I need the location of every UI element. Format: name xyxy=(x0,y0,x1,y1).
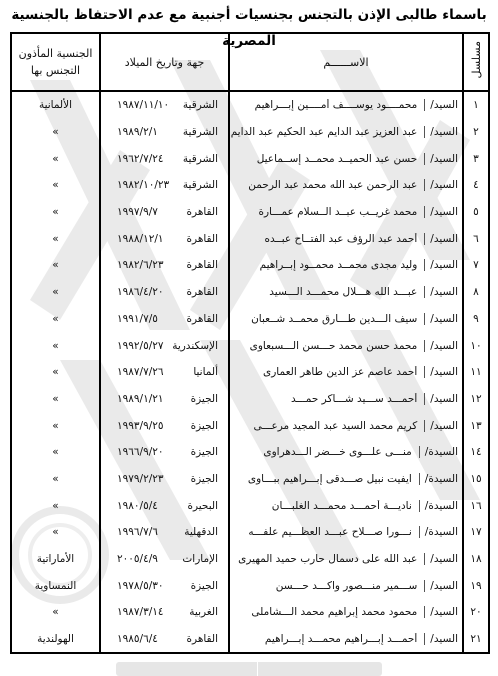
table-row: ٨السيد/عبـــد الله هـــلال محمـــد الـــ… xyxy=(11,279,489,306)
table-row: ١٩السيد/ســـمير منـــصور واكـــد حـــسنا… xyxy=(11,572,489,599)
name-cell: السيدة/نـــورا صـــلاح عبـــد العظـــيم … xyxy=(229,519,463,546)
table-row: ١١السيد/أحمد عاصم عز الدين طاهر العمارىأ… xyxy=(11,359,489,386)
birth-place: القاهرة xyxy=(187,259,218,271)
table-header-row: مسلسل الاســــــم جهة وتاريخ الميلاد الج… xyxy=(11,33,489,91)
birth-cell: الجيزة١٩٩٣/٩/٢٥ xyxy=(100,412,229,439)
honorific: السيد/ xyxy=(424,553,462,565)
honorific: السيد/ xyxy=(424,286,462,298)
nationality-cell: الهولندية xyxy=(11,626,100,654)
birth-place: القاهرة xyxy=(187,206,218,218)
birth-place: القاهرة xyxy=(187,313,218,325)
name-cell: السيد/أحمد عبد الرؤف عبد الفتــاح عبــده xyxy=(229,225,463,252)
full-name: أحمد عبد الرؤف عبد الفتــاح عبــده xyxy=(230,233,424,245)
birth-cell: الغربية١٩٨٧/٣/١٤ xyxy=(100,599,229,626)
birth-place: القاهرة xyxy=(187,233,218,245)
birth-date: ١٩٩٢/٥/٢٧ xyxy=(117,340,164,352)
nationality-cell: » xyxy=(11,332,100,359)
table-row: ١٤السيدة/منـــى علـــوى خـــضر الـــدهرا… xyxy=(11,439,489,466)
honorific: السيدة/ xyxy=(419,446,462,458)
serial-cell: ١٢ xyxy=(463,386,489,413)
naturalization-table: مسلسل الاســــــم جهة وتاريخ الميلاد الج… xyxy=(10,32,490,654)
table-row: ٢السيد/عبد العزيز عبد الدايم عبد الحكيم … xyxy=(11,119,489,146)
table-row: ١٣السيد/كريم محمد السيد عبد المجيد مرعــ… xyxy=(11,412,489,439)
birth-date: ١٩٧٩/٢/٢٣ xyxy=(117,473,164,485)
birth-cell: القاهرة١٩٨٦/٤/٢٠ xyxy=(100,279,229,306)
serial-cell: ١٠ xyxy=(463,332,489,359)
nationality-cell: » xyxy=(11,599,100,626)
full-name: عبـــد الله هـــلال محمـــد الـــسيد xyxy=(230,286,424,298)
honorific: السيد/ xyxy=(424,393,462,405)
table-row: ٧السيد/وليد مجدى محمــد محمــود إبــراهي… xyxy=(11,252,489,279)
nationality-cell: » xyxy=(11,306,100,333)
name-cell: السيدة/منـــى علـــوى خـــضر الـــدهراوى xyxy=(229,439,463,466)
name-cell: السيد/سيف الـــدين طـــارق محمــد شــعبا… xyxy=(229,306,463,333)
birth-cell: الإسكندرية١٩٩٢/٥/٢٧ xyxy=(100,332,229,359)
serial-cell: ٤ xyxy=(463,172,489,199)
footer-bar xyxy=(116,662,382,676)
full-name: ناديـــة أحمـــد محمـــد الغلبـــان xyxy=(230,500,419,512)
table-row: ١٦السيدة/ناديـــة أحمـــد محمـــد الغلبـ… xyxy=(11,492,489,519)
nationality-cell: » xyxy=(11,359,100,386)
birth-place: الإسكندرية xyxy=(172,340,218,352)
nationality-cell: » xyxy=(11,145,100,172)
name-cell: السيد/ســـمير منـــصور واكـــد حـــسن xyxy=(229,572,463,599)
honorific: السيدة/ xyxy=(419,526,462,538)
birth-place: الشرقية xyxy=(183,126,218,138)
header-name: الاســــــم xyxy=(229,33,463,91)
table-body: ١السيد/محمــــود يوســــف أمــــين إبـــ… xyxy=(11,91,489,653)
nationality-cell: » xyxy=(11,225,100,252)
birth-place: الدقهلية xyxy=(184,526,218,538)
name-cell: السيد/أحمـــد إبـــراهيم محمـــد إبـــرا… xyxy=(229,626,463,654)
serial-cell: ١٥ xyxy=(463,466,489,493)
birth-cell: الشرقية١٩٨٢/١٠/٢٣ xyxy=(100,172,229,199)
birth-date: ١٩٨٦/٤/٢٠ xyxy=(117,286,164,298)
serial-cell: ٥ xyxy=(463,199,489,226)
table-row: ١٨السيد/عبد الله على دسمال حارب حميد الم… xyxy=(11,546,489,573)
honorific: السيد/ xyxy=(424,126,462,138)
birth-date: ١٩٨٧/١١/١٠ xyxy=(117,99,169,111)
full-name: أحمد عاصم عز الدين طاهر العمارى xyxy=(230,366,424,378)
nationality-cell: الأماراتية xyxy=(11,546,100,573)
honorific: السيد/ xyxy=(424,633,462,645)
nationality-cell: » xyxy=(11,172,100,199)
serial-cell: ٧ xyxy=(463,252,489,279)
table-row: ١٢السيد/أحمـــد ســـيد شـــاكر حمـــدالج… xyxy=(11,386,489,413)
birth-cell: الدقهلية١٩٩٦/٧/٦ xyxy=(100,519,229,546)
honorific: السيد/ xyxy=(424,580,462,592)
birth-cell: الشرقية١٩٦٢/٧/٢٤ xyxy=(100,145,229,172)
birth-date: ١٩٨٧/٣/١٤ xyxy=(117,606,164,618)
serial-cell: ١١ xyxy=(463,359,489,386)
birth-place: القاهرة xyxy=(187,286,218,298)
full-name: أحمـــد ســـيد شـــاكر حمـــد xyxy=(230,393,424,405)
honorific: السيدة/ xyxy=(419,500,462,512)
full-name: ايفيت نبيل صـــدقى إبـــراهيم ببـــاوى xyxy=(230,473,419,485)
full-name: ســـمير منـــصور واكـــد حـــسن xyxy=(230,580,424,592)
birth-place: الشرقية xyxy=(183,179,218,191)
birth-cell: الجيزة١٩٧٨/٥/٣٠ xyxy=(100,572,229,599)
birth-place: الجيزة xyxy=(191,580,218,592)
serial-cell: ٢ xyxy=(463,119,489,146)
document-title: باسماء طالبى الإذن بالتجنس بجنسيات أجنبي… xyxy=(0,2,498,28)
name-cell: السيد/محمود محمد إبراهيم محمد الـــشاملى xyxy=(229,599,463,626)
birth-place: الشرقية xyxy=(183,99,218,111)
birth-date: ١٩٩٧/٩/٧ xyxy=(117,206,158,218)
name-cell: السيد/وليد مجدى محمــد محمــود إبــراهيم xyxy=(229,252,463,279)
birth-place: الجيزة xyxy=(191,393,218,405)
birth-cell: القاهرة١٩٨٨/١٢/١ xyxy=(100,225,229,252)
name-cell: السيدة/ناديـــة أحمـــد محمـــد الغلبـــ… xyxy=(229,492,463,519)
serial-cell: ٢١ xyxy=(463,626,489,654)
full-name: عبد الله على دسمال حارب حميد المهيرى xyxy=(230,553,424,565)
name-cell: السيد/محمد حسن محمد حـــسن الـــسبعاوى xyxy=(229,332,463,359)
full-name: محمود محمد إبراهيم محمد الـــشاملى xyxy=(230,606,424,618)
honorific: السيد/ xyxy=(424,313,462,325)
nationality-cell: » xyxy=(11,439,100,466)
birth-place: الجيزة xyxy=(191,420,218,432)
name-cell: السيدة/ايفيت نبيل صـــدقى إبـــراهيم ببـ… xyxy=(229,466,463,493)
birth-cell: ألمانيا١٩٨٧/٧/٢٦ xyxy=(100,359,229,386)
serial-cell: ١٣ xyxy=(463,412,489,439)
birth-date: ١٩٩٦/٧/٦ xyxy=(117,526,158,538)
birth-date: ١٩٧٨/٥/٣٠ xyxy=(117,580,164,592)
birth-cell: القاهرة١٩٩١/٧/٥ xyxy=(100,306,229,333)
birth-date: ١٩٨٩/٢/١ xyxy=(117,126,158,138)
header-birth: جهة وتاريخ الميلاد xyxy=(100,33,229,91)
table-row: ٦السيد/أحمد عبد الرؤف عبد الفتــاح عبــد… xyxy=(11,225,489,252)
nationality-cell: » xyxy=(11,252,100,279)
full-name: محمد حسن محمد حـــسن الـــسبعاوى xyxy=(230,340,424,352)
honorific: السيد/ xyxy=(424,366,462,378)
serial-cell: ١ xyxy=(463,91,489,119)
table-row: ٢١السيد/أحمـــد إبـــراهيم محمـــد إبـــ… xyxy=(11,626,489,654)
full-name: كريم محمد السيد عبد المجيد مرعـــى xyxy=(230,420,424,432)
name-cell: السيد/عبد العزيز عبد الدايم عبد الحكيم ع… xyxy=(229,119,463,146)
honorific: السيد/ xyxy=(424,606,462,618)
nationality-cell: » xyxy=(11,412,100,439)
birth-place: البحيرة xyxy=(187,500,218,512)
serial-cell: ١٧ xyxy=(463,519,489,546)
name-cell: السيد/أحمد عاصم عز الدين طاهر العمارى xyxy=(229,359,463,386)
birth-date: ١٩٨٧/٧/٢٦ xyxy=(117,366,164,378)
full-name: عبد الرحمن عبد الله محمد عبد الرحمن xyxy=(230,179,424,191)
full-name: محمــــود يوســــف أمــــين إبـــراهيم xyxy=(230,99,424,111)
name-cell: السيد/كريم محمد السيد عبد المجيد مرعـــى xyxy=(229,412,463,439)
full-name: سيف الـــدين طـــارق محمــد شــعبان xyxy=(230,313,424,325)
nationality-cell: النمساوية xyxy=(11,572,100,599)
nationality-cell: » xyxy=(11,279,100,306)
birth-date: ٢٠٠٥/٤/٩ xyxy=(117,553,158,565)
birth-cell: الشرقية١٩٨٧/١١/١٠ xyxy=(100,91,229,119)
table-row: ٣السيد/حسن عبد الحميــد محمــد إســماعيل… xyxy=(11,145,489,172)
honorific: السيد/ xyxy=(424,259,462,271)
birth-cell: القاهرة١٩٨٥/٦/٤ xyxy=(100,626,229,654)
birth-cell: القاهرة١٩٨٢/٦/٢٣ xyxy=(100,252,229,279)
birth-date: ١٩٨٩/١/٢١ xyxy=(117,393,164,405)
table-row: ١٥السيدة/ايفيت نبيل صـــدقى إبـــراهيم ب… xyxy=(11,466,489,493)
birth-cell: الإمارات٢٠٠٥/٤/٩ xyxy=(100,546,229,573)
table-row: ٥السيد/محمد غريــب عبــد الــسلام عمـــا… xyxy=(11,199,489,226)
table-row: ١٠السيد/محمد حسن محمد حـــسن الـــسبعاوى… xyxy=(11,332,489,359)
nationality-cell: » xyxy=(11,199,100,226)
birth-cell: الجيزة١٩٨٩/١/٢١ xyxy=(100,386,229,413)
name-cell: السيد/محمــــود يوســــف أمــــين إبـــر… xyxy=(229,91,463,119)
birth-date: ١٩٨٨/١٢/١ xyxy=(117,233,164,245)
birth-cell: الجيزة١٩٦٦/٩/٢٠ xyxy=(100,439,229,466)
birth-date: ١٩٨٠/٥/٤ xyxy=(117,500,158,512)
nationality-cell: » xyxy=(11,466,100,493)
birth-cell: الشرقية١٩٨٩/٢/١ xyxy=(100,119,229,146)
nationality-cell: » xyxy=(11,492,100,519)
footer-divider xyxy=(257,662,258,676)
birth-date: ١٩٩٣/٩/٢٥ xyxy=(117,420,164,432)
birth-place: الجيزة xyxy=(191,446,218,458)
table-row: ٩السيد/سيف الـــدين طـــارق محمــد شــعب… xyxy=(11,306,489,333)
nationality-cell: الألمانية xyxy=(11,91,100,119)
table-row: ١السيد/محمــــود يوســــف أمــــين إبـــ… xyxy=(11,91,489,119)
nationality-cell: » xyxy=(11,119,100,146)
birth-date: ١٩٨٢/٦/٢٣ xyxy=(117,259,164,271)
birth-place: الشرقية xyxy=(183,153,218,165)
birth-place: الإمارات xyxy=(182,553,218,565)
table-row: ٢٠السيد/محمود محمد إبراهيم محمد الـــشام… xyxy=(11,599,489,626)
honorific: السيد/ xyxy=(424,420,462,432)
name-cell: السيد/عبـــد الله هـــلال محمـــد الـــس… xyxy=(229,279,463,306)
honorific: السيد/ xyxy=(424,340,462,352)
name-cell: السيد/أحمـــد ســـيد شـــاكر حمـــد xyxy=(229,386,463,413)
honorific: السيد/ xyxy=(424,206,462,218)
full-name: حسن عبد الحميــد محمــد إســماعيل xyxy=(230,153,424,165)
birth-cell: الجيزة١٩٧٩/٢/٢٣ xyxy=(100,466,229,493)
full-name: نـــورا صـــلاح عبـــد العظـــيم علفـــه xyxy=(230,526,419,538)
header-serial: مسلسل xyxy=(463,33,489,91)
honorific: السيد/ xyxy=(424,233,462,245)
serial-cell: ٩ xyxy=(463,306,489,333)
birth-date: ١٩٨٢/١٠/٢٣ xyxy=(117,179,169,191)
name-cell: السيد/عبد الله على دسمال حارب حميد المهي… xyxy=(229,546,463,573)
full-name: وليد مجدى محمــد محمــود إبــراهيم xyxy=(230,259,424,271)
birth-place: القاهرة xyxy=(187,633,218,645)
birth-date: ١٩٩١/٧/٥ xyxy=(117,313,158,325)
birth-place: الجيزة xyxy=(191,473,218,485)
header-serial-label: مسلسل xyxy=(468,41,485,79)
full-name: منـــى علـــوى خـــضر الـــدهراوى xyxy=(230,446,419,458)
birth-place: ألمانيا xyxy=(193,366,218,378)
table-row: ١٧السيدة/نـــورا صـــلاح عبـــد العظـــي… xyxy=(11,519,489,546)
honorific: السيدة/ xyxy=(419,473,462,485)
serial-cell: ٣ xyxy=(463,145,489,172)
serial-cell: ١٤ xyxy=(463,439,489,466)
birth-date: ١٩٦٦/٩/٢٠ xyxy=(117,446,164,458)
table-row: ٤السيد/عبد الرحمن عبد الله محمد عبد الرح… xyxy=(11,172,489,199)
birth-cell: القاهرة١٩٩٧/٩/٧ xyxy=(100,199,229,226)
serial-cell: ٨ xyxy=(463,279,489,306)
birth-place: الغربية xyxy=(189,606,218,618)
honorific: السيد/ xyxy=(424,99,462,111)
name-cell: السيد/عبد الرحمن عبد الله محمد عبد الرحم… xyxy=(229,172,463,199)
full-name: عبد العزيز عبد الدايم عبد الحكيم عبد الد… xyxy=(230,126,424,138)
birth-cell: البحيرة١٩٨٠/٥/٤ xyxy=(100,492,229,519)
nationality-cell: » xyxy=(11,386,100,413)
serial-cell: ١٨ xyxy=(463,546,489,573)
serial-cell: ١٦ xyxy=(463,492,489,519)
honorific: السيد/ xyxy=(424,153,462,165)
full-name: أحمـــد إبـــراهيم محمـــد إبـــراهيم xyxy=(230,633,424,645)
full-name: محمد غريــب عبــد الــسلام عمـــارة xyxy=(230,206,424,218)
honorific: السيد/ xyxy=(424,179,462,191)
birth-date: ١٩٨٥/٦/٤ xyxy=(117,633,158,645)
nationality-cell: » xyxy=(11,519,100,546)
name-cell: السيد/محمد غريــب عبــد الــسلام عمـــار… xyxy=(229,199,463,226)
name-cell: السيد/حسن عبد الحميــد محمــد إســماعيل xyxy=(229,145,463,172)
serial-cell: ١٩ xyxy=(463,572,489,599)
serial-cell: ٦ xyxy=(463,225,489,252)
header-nationality: الجنسية المأذون التجنس بها xyxy=(11,33,100,91)
serial-cell: ٢٠ xyxy=(463,599,489,626)
birth-date: ١٩٦٢/٧/٢٤ xyxy=(117,153,164,165)
